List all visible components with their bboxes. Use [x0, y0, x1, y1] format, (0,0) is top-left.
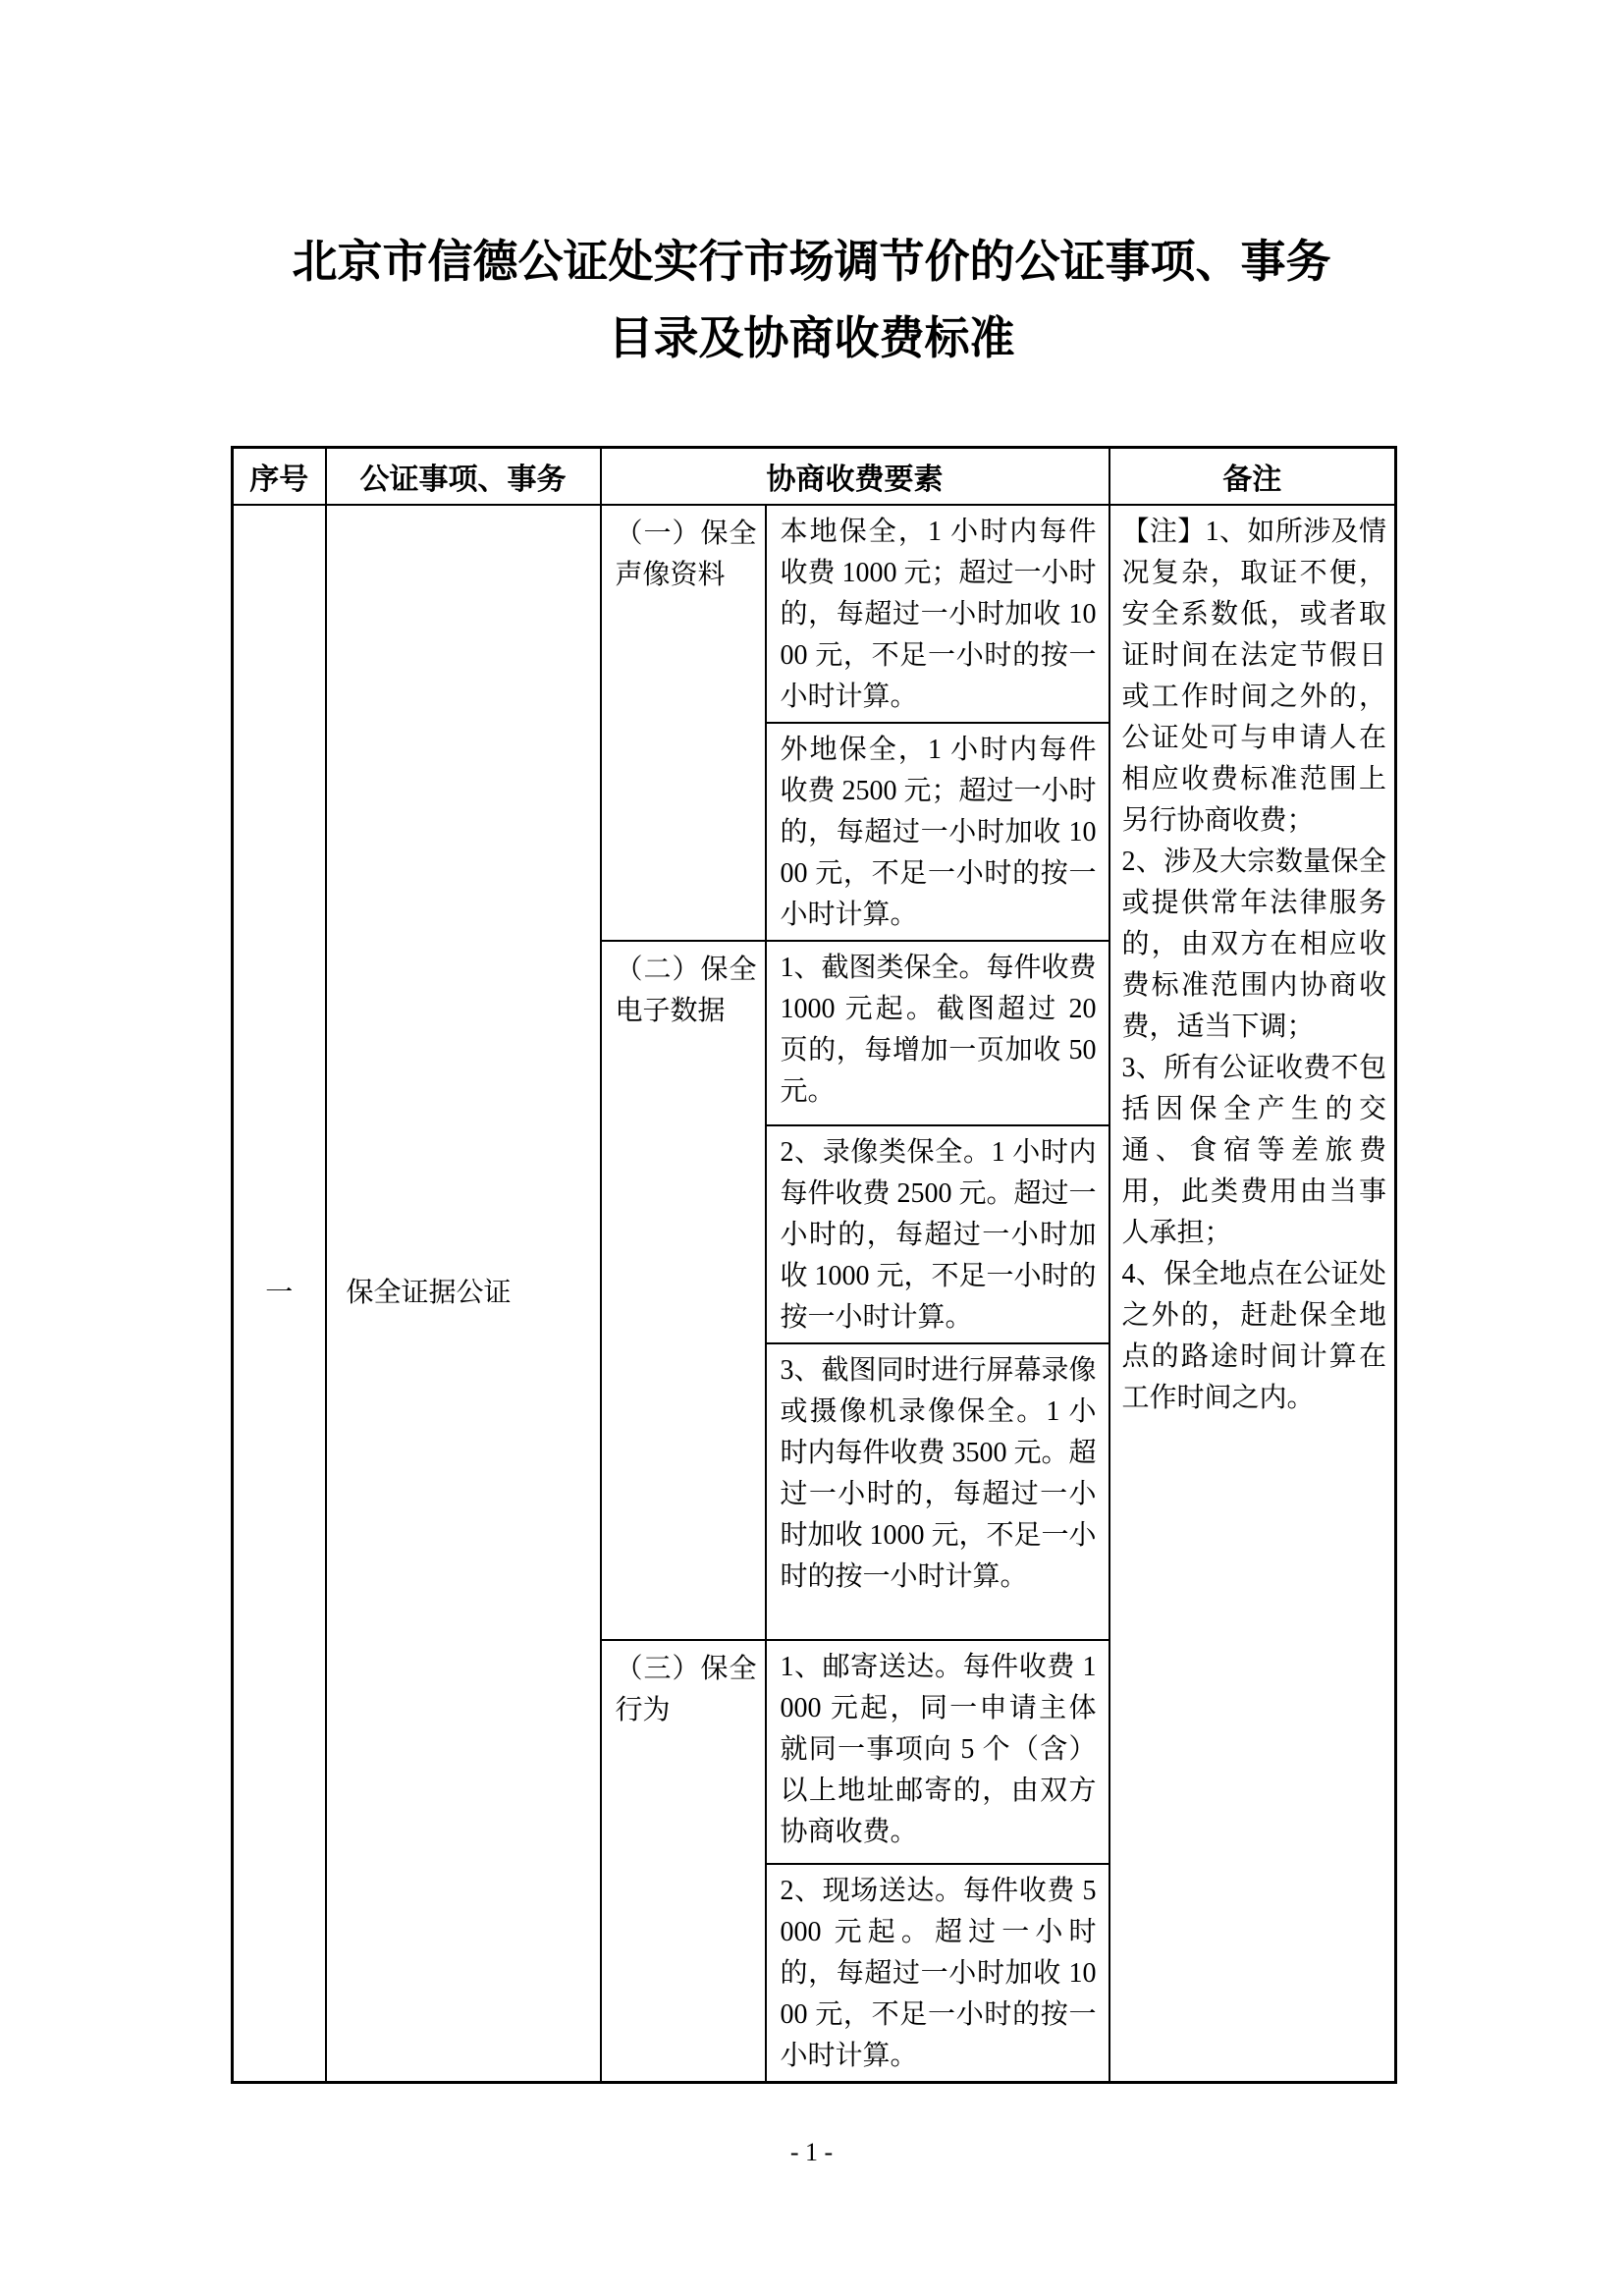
remark-note-1: 【注】1、如所涉及情况复杂，取证不便，安全系数低，或者取证时间在法定节假日或工作… [1122, 512, 1387, 842]
fee-cell-remote-preservation: 外地保全，1 小时内每件收费 2500 元；超过一小时的，每超过一小时加收 10… [766, 723, 1109, 941]
remark-note-2: 2、涉及大宗数量保全或提供常年法律服务的，由双方在相应收费标准范围内协商收费，适… [1122, 842, 1387, 1048]
header-col-fee: 协商收费要素 [601, 448, 1109, 505]
remark-note-3: 3、所有公证收费不包括因保全产生的交通、食宿等差旅费用，此类费用由当事人承担； [1122, 1048, 1387, 1254]
title-line-1: 北京市信德公证处实行市场调节价的公证事项、事务 [0, 224, 1623, 301]
fee-cell-video-recording: 2、录像类保全。1 小时内每件收费 2500 元。超过一小时的，每超过一小时加收… [766, 1125, 1109, 1343]
row-index-cell: 一 [233, 505, 326, 2083]
title-line-2: 目录及协商收费标准 [0, 301, 1623, 377]
fee-cell-mail-delivery: 1、邮寄送达。每件收费 1000 元起，同一申请主体就同一事项向 5 个（含）以… [766, 1640, 1109, 1864]
header-col-index: 序号 [233, 448, 326, 505]
fee-cell-screenshot-with-recording: 3、截图同时进行屏幕录像或摄像机录像保全。1 小时内每件收费 3500 元。超过… [766, 1343, 1109, 1640]
table-row: 一 保全证据公证 （一）保全声像资料 本地保全，1 小时内每件收费 1000 元… [233, 505, 1396, 723]
remark-cell: 【注】1、如所涉及情况复杂，取证不便，安全系数低，或者取证时间在法定节假日或工作… [1109, 505, 1396, 2083]
fee-cell-local-preservation: 本地保全，1 小时内每件收费 1000 元；超过一小时的，每超过一小时加收 10… [766, 505, 1109, 723]
page-number: - 1 - [0, 2138, 1623, 2167]
subitem-electronic-data-cell: （二）保全电子数据 [601, 941, 766, 1640]
subitem-behavior-cell: （三）保全行为 [601, 1640, 766, 2083]
subitem-audio-visual-cell: （一）保全声像资料 [601, 505, 766, 941]
header-col-remark: 备注 [1109, 448, 1396, 505]
fee-cell-screenshot: 1、截图类保全。每件收费 1000 元起。截图超过 20 页的，每增加一页加收 … [766, 941, 1109, 1125]
remark-note-4: 4、保全地点在公证处之外的，赶赴保全地点的路途时间计算在工作时间之内。 [1122, 1254, 1387, 1419]
document-title: 北京市信德公证处实行市场调节价的公证事项、事务 目录及协商收费标准 [0, 0, 1623, 377]
fee-table: 序号 公证事项、事务 协商收费要素 备注 一 保全证据公证 （一）保全声像资料 … [231, 446, 1397, 2084]
fee-cell-onsite-delivery: 2、现场送达。每件收费 5000 元起。超过一小时的，每超过一小时加收 1000… [766, 1864, 1109, 2083]
table-header-row: 序号 公证事项、事务 协商收费要素 备注 [233, 448, 1396, 505]
matter-cell: 保全证据公证 [326, 505, 601, 2083]
header-col-matter: 公证事项、事务 [326, 448, 601, 505]
